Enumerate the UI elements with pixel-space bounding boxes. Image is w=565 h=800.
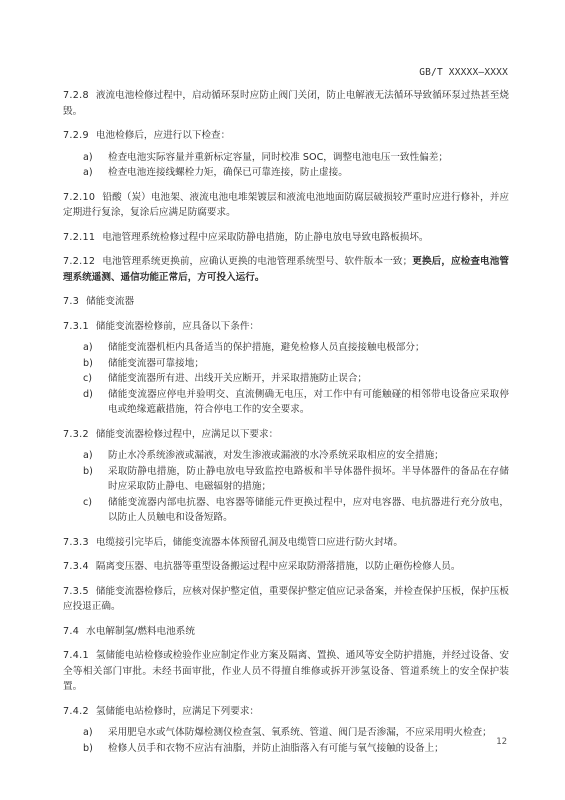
clause-number: 7.4.2 [63, 704, 89, 720]
clause-text: 电池检修后，应进行以下检查： [96, 130, 230, 141]
list-item-label: a) [83, 448, 93, 464]
list-item-text: 采用肥皂水或气体防爆检测仪检查氢、氧系统、管道、阀门是否渗漏，不应采用明火检查； [108, 727, 492, 738]
list-item-label: a) [83, 340, 93, 356]
clause-7-4-2: 7.4.2氢储能电站检修时，应满足下列要求： [63, 704, 509, 720]
clause-text: 电缆接引完毕后，储能变流器本体预留孔洞及电缆管口应进行防火封堵。 [96, 537, 403, 548]
clause-7-3-4: 7.3.4隔离变压器、电抗器等重型设备搬运过程中应采取防滑落措施，以防止砸伤检修… [63, 559, 509, 575]
clause-text: 储能变流器检修过程中，应满足以下要求： [96, 429, 278, 440]
list-item: b)检修人员手和衣物不应沾有油脂，并防止油脂落入有可能与氧气接触的设备上； [63, 741, 509, 757]
section-heading-7-3: 7.3储能变流器 [63, 294, 509, 310]
page-number: 12 [496, 737, 507, 747]
clause-7-3-2-list: a)防止水冷系统渗液或漏液，对发生渗液或漏液的水冷系统采取相应的安全措施； b)… [63, 448, 509, 526]
list-item-text: 检修人员手和衣物不应沾有油脂，并防止油脂落入有可能与氧气接触的设备上； [108, 743, 444, 754]
clause-7-2-9-list: a)检查电池实际容量并重新标定容量，同时校准 SOC，调整电池电压一致性偏差； … [63, 150, 509, 181]
clause-number: 7.2.12 [63, 254, 95, 270]
clause-7-2-8: 7.2.8液流电池检修过程中，启动循环泵时应防止阀门关闭，防止电解液无法循环导致… [63, 88, 509, 119]
list-item-label: d) [83, 387, 93, 403]
list-item: a)储能变流器机柜内具备适当的保护措施，避免检修人员直接接触电极部分； [63, 340, 509, 356]
document-code-header: GB/T XXXXX—XXXX [419, 67, 508, 78]
list-item: a)防止水冷系统渗液或漏液，对发生渗液或漏液的水冷系统采取相应的安全措施； [63, 448, 509, 464]
list-item-label: b) [83, 464, 93, 480]
clause-number: 7.3.5 [63, 584, 89, 600]
clause-text: 储能变流器检修后，应核对保护整定值，重要保护整定值应记录备案，并检查保护压板，保… [63, 586, 509, 613]
section-number: 7.3 [63, 294, 79, 310]
list-item: b)采取防静电措施，防止静电放电导致监控电路板和半导体器件损坏。半导体器件的备品… [63, 464, 509, 495]
clause-text: 电池管理系统更换前，应确认更换的电池管理系统型号、软件版本一致； [102, 256, 412, 267]
list-item-label: b) [83, 356, 93, 372]
clause-7-2-9: 7.2.9电池检修后，应进行以下检查： [63, 128, 509, 144]
section-number: 7.4 [63, 624, 79, 640]
list-item-label: a) [83, 150, 93, 166]
list-item-text: 储能变流器应停电并验明交、直流侧确无电压，对工作中有可能触碰的相邻带电设备应采取… [108, 389, 509, 416]
clause-7-2-10: 7.2.10铅酸（炭）电池架、液流电池电堆架镀层和液流电池地面防腐层破损较严重时… [63, 190, 509, 221]
clause-number: 7.2.11 [63, 230, 95, 246]
list-item: d)储能变流器应停电并验明交、直流侧确无电压，对工作中有可能触碰的相邻带电设备应… [63, 387, 509, 418]
clause-text: 储能变流器检修前，应具备以下条件： [96, 321, 259, 332]
clause-number: 7.4.1 [63, 648, 89, 664]
clause-text: 氢储能电站检修或检验作业应制定作业方案及隔离、置换、通风等安全防护措施，并经过设… [63, 650, 509, 692]
list-item-text: 储能变流器机柜内具备适当的保护措施，避免检修人员直接接触电极部分； [108, 342, 425, 353]
clause-text: 液流电池检修过程中，启动循环泵时应防止阀门关闭，防止电解液无法循环导致循环泵过热… [63, 90, 509, 117]
clause-7-3-1: 7.3.1储能变流器检修前，应具备以下条件： [63, 319, 509, 335]
clause-text: 铅酸（炭）电池架、液流电池电堆架镀层和液流电池地面防腐层破损较严重时应进行修补，… [63, 192, 509, 219]
clause-text: 电池管理系统检修过程中应采取防静电措施，防止静电放电导致电路板损坏。 [102, 232, 428, 243]
clause-text: 隔离变压器、电抗器等重型设备搬运过程中应采取防滑落措施，以防止砸伤检修人员。 [96, 561, 461, 572]
document-page: GB/T XXXXX—XXXX 7.2.8液流电池检修过程中，启动循环泵时应防止… [0, 0, 565, 800]
clause-7-3-5: 7.3.5储能变流器检修后，应核对保护整定值，重要保护整定值应记录备案，并检查保… [63, 584, 509, 615]
clause-7-4-1: 7.4.1氢储能电站检修或检验作业应制定作业方案及隔离、置换、通风等安全防护措施… [63, 648, 509, 695]
list-item-text: 储能变流器内部电抗器、电容器等储能元件更换过程中，应对电容器、电抗器进行充分放电… [108, 497, 509, 524]
list-item: c)储能变流器所有进、出线开关应断开，并采取措施防止误合； [63, 371, 509, 387]
document-body: 7.2.8液流电池检修过程中，启动循环泵时应防止阀门关闭，防止电解液无法循环导致… [63, 88, 509, 765]
list-item: a)采用肥皂水或气体防爆检测仪检查氢、氧系统、管道、阀门是否渗漏，不应采用明火检… [63, 725, 509, 741]
list-item-text: 储能变流器所有进、出线开关应断开，并采取措施防止误合； [108, 373, 367, 384]
list-item-label: c) [83, 371, 92, 387]
clause-text: 氢储能电站检修时，应满足下列要求： [96, 706, 259, 717]
clause-number: 7.2.9 [63, 128, 89, 144]
list-item: b)储能变流器可靠接地； [63, 356, 509, 372]
clause-7-3-3: 7.3.3电缆接引完毕后，储能变流器本体预留孔洞及电缆管口应进行防火封堵。 [63, 535, 509, 551]
clause-number: 7.2.10 [63, 190, 95, 206]
clause-7-2-12: 7.2.12电池管理系统更换前，应确认更换的电池管理系统型号、软件版本一致；更换… [63, 254, 509, 285]
list-item-label: c) [83, 495, 92, 511]
clause-7-2-11: 7.2.11电池管理系统检修过程中应采取防静电措施，防止静电放电导致电路板损坏。 [63, 230, 509, 246]
list-item-text: 储能变流器可靠接地； [108, 358, 204, 369]
clause-number: 7.3.1 [63, 319, 89, 335]
list-item-label: a) [83, 165, 93, 181]
clause-7-3-2: 7.3.2储能变流器检修过程中，应满足以下要求： [63, 427, 509, 443]
list-item: c)储能变流器内部电抗器、电容器等储能元件更换过程中，应对电容器、电抗器进行充分… [63, 495, 509, 526]
list-item: a)检查电池实际容量并重新标定容量，同时校准 SOC，调整电池电压一致性偏差； [63, 150, 509, 166]
section-heading-7-4: 7.4水电解制氢/燃料电池系统 [63, 624, 509, 640]
section-title: 水电解制氢/燃料电池系统 [86, 626, 195, 637]
list-item-label: b) [83, 741, 93, 757]
clause-number: 7.2.8 [63, 88, 89, 104]
section-title: 储能变流器 [86, 296, 134, 307]
list-item: a)检查电池连接线螺栓力矩，确保已可靠连接，防止虚接。 [63, 165, 509, 181]
list-item-text: 检查电池连接线螺栓力矩，确保已可靠连接，防止虚接。 [108, 167, 348, 178]
clause-number: 7.3.3 [63, 535, 89, 551]
list-item-text: 采取防静电措施，防止静电放电导致监控电路板和半导体器件损坏。半导体器件的备品在存… [108, 466, 509, 493]
list-item-text: 检查电池实际容量并重新标定容量，同时校准 SOC，调整电池电压一致性偏差； [108, 152, 448, 163]
list-item-label: a) [83, 725, 93, 741]
clause-number: 7.3.4 [63, 559, 89, 575]
clause-7-4-2-list: a)采用肥皂水或气体防爆检测仪检查氢、氧系统、管道、阀门是否渗漏，不应采用明火检… [63, 725, 509, 756]
clause-7-3-1-list: a)储能变流器机柜内具备适当的保护措施，避免检修人员直接接触电极部分； b)储能… [63, 340, 509, 418]
clause-number: 7.3.2 [63, 427, 89, 443]
list-item-text: 防止水冷系统渗液或漏液，对发生渗液或漏液的水冷系统采取相应的安全措施； [108, 450, 444, 461]
